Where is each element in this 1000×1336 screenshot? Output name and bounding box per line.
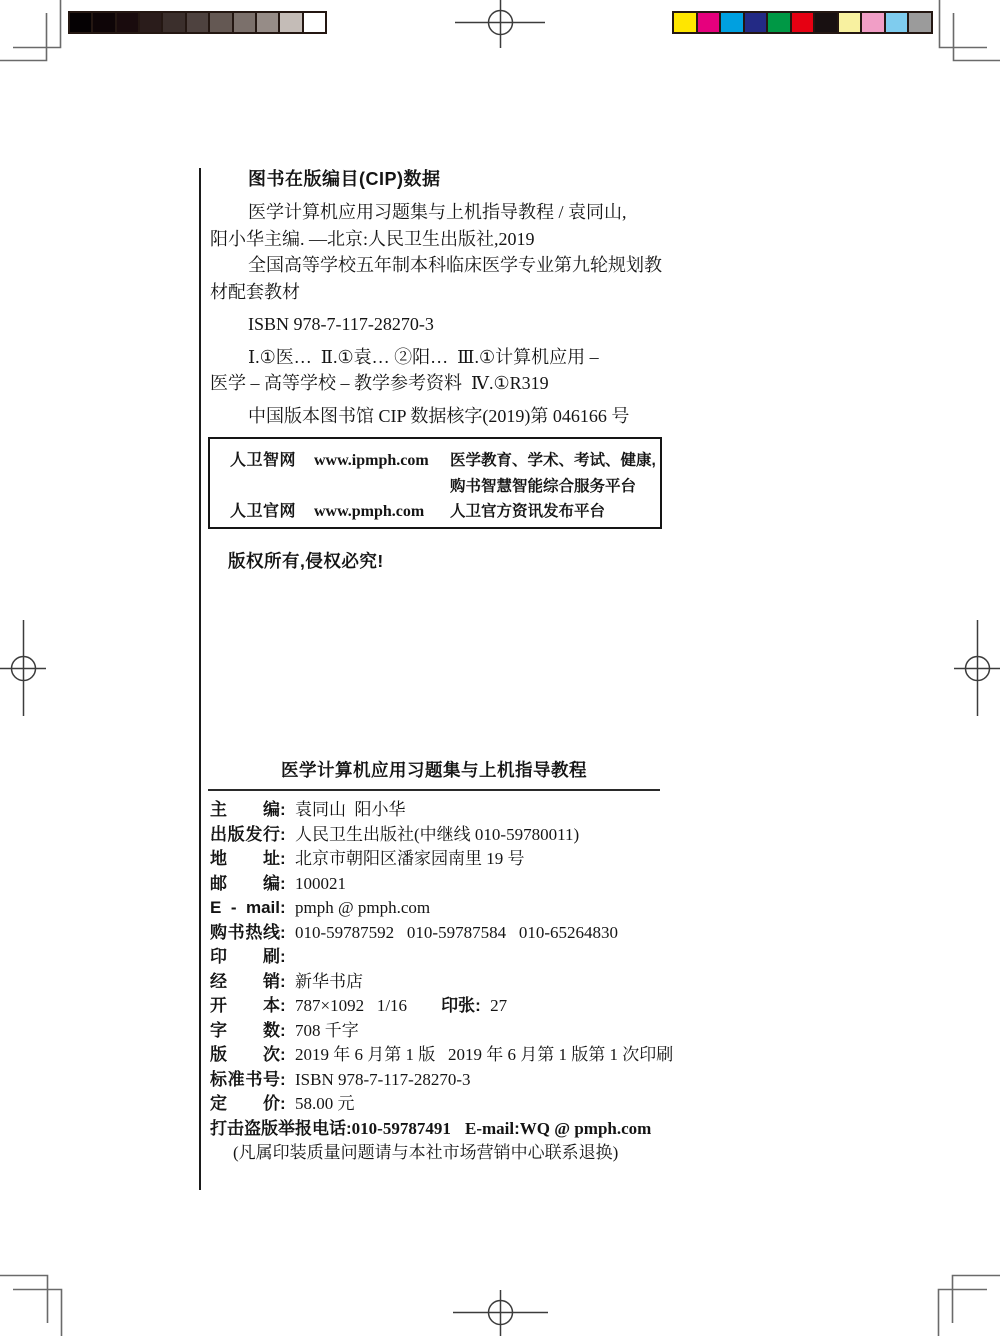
- cip-line: 全国高等学校五年制本科临床医学专业第九轮规划教: [210, 252, 675, 279]
- cip-line: Ⅰ.①医… Ⅱ.①袁… ②阳… Ⅲ.①计算机应用 –: [210, 344, 675, 371]
- colophon-details: 主编:袁同山 阳小华出版发行:人民卫生出版社(中继线 010-59780011)…: [210, 798, 680, 1166]
- detail-colon: :: [280, 1092, 295, 1117]
- detail-value: 2019 年 6 月第 1 版 2019 年 6 月第 1 版第 1 次印刷: [295, 1045, 673, 1064]
- detail-colon: :: [280, 798, 295, 823]
- detail-label: 购书热线: [210, 921, 280, 946]
- grayscale-swatch: [210, 13, 231, 32]
- detail-label: 版次: [210, 1043, 280, 1068]
- detail-row: 出版发行:人民卫生出版社(中继线 010-59780011): [210, 823, 680, 848]
- detail-row: 字数:708 千字: [210, 1019, 680, 1044]
- detail-value: 北京市朝阳区潘家园南里 19 号: [295, 849, 525, 868]
- book-title: 医学计算机应用习题集与上机指导教程: [208, 757, 660, 782]
- publisher-site-desc: 人卫官方资讯发布平台: [450, 499, 660, 525]
- detail-row: 开本:787×1092 1/16印张:27: [210, 994, 680, 1019]
- grayscale-swatch: [187, 13, 208, 32]
- piracy-email-label: E-mail: [465, 1119, 514, 1138]
- detail-label: 印张: [441, 996, 475, 1015]
- color-swatch: [792, 13, 814, 32]
- detail-label: 地址: [210, 847, 280, 872]
- info-box-row: 购书智慧智能综合服务平台: [210, 474, 660, 500]
- detail-colon: :: [280, 1019, 295, 1044]
- detail-label: 定价: [210, 1092, 280, 1117]
- detail-row: 购书热线:010-59787592 010-59787584 010-65264…: [210, 921, 680, 946]
- grayscale-swatch: [117, 13, 138, 32]
- cip-line: 阳小华主编. —北京:人民卫生出版社,2019: [210, 226, 675, 253]
- title-rule: [208, 789, 660, 791]
- detail-colon: :: [280, 1068, 295, 1093]
- copyright-page: 图书在版编目(CIP)数据 医学计算机应用习题集与上机指导教程 / 袁同山,阳小…: [0, 0, 1000, 1336]
- detail-label: 标准书号: [210, 1068, 280, 1093]
- detail-row: 印刷:: [210, 945, 680, 970]
- publisher-site-url: [314, 474, 450, 500]
- detail-label: 出版发行: [210, 823, 280, 848]
- detail-value: 010-59787592 010-59787584 010-65264830: [295, 923, 618, 942]
- crop-mark-top-right: [954, 13, 1000, 61]
- crop-mark-top-left: [0, 13, 47, 61]
- detail-label: 字数: [210, 1019, 280, 1044]
- registration-mark-right-middle: [954, 620, 1000, 716]
- cip-line: ISBN 978-7-117-28270-3: [210, 311, 675, 338]
- piracy-phone: 010-59787491: [352, 1119, 451, 1138]
- detail-row: E - mail:pmph @ pmph.com: [210, 896, 680, 921]
- detail-value: 27: [490, 996, 507, 1015]
- info-box-row: 人卫智网www.ipmph.com医学教育、学术、考试、健康,: [210, 448, 660, 474]
- crop-mark-bottom-right: [939, 1290, 988, 1336]
- content-left-rule: [199, 168, 201, 1190]
- registration-circle-left-middle: [12, 657, 36, 681]
- cip-lines: 医学计算机应用习题集与上机指导教程 / 袁同山,阳小华主编. —北京:人民卫生出…: [210, 199, 675, 429]
- piracy-line: 打击盗版举报电话:010-59787491 E-mail:WQ @ pmph.c…: [210, 1117, 680, 1142]
- grayscale-swatch: [93, 13, 114, 32]
- publisher-site-name: 人卫智网: [230, 448, 314, 474]
- piracy-label: 打击盗版举报电话: [210, 1119, 346, 1138]
- crop-mark-top-left: [13, 0, 61, 48]
- color-swatch: [815, 13, 837, 32]
- publisher-site-url: www.pmph.com: [314, 499, 450, 525]
- detail-row: 定价:58.00 元: [210, 1092, 680, 1117]
- detail-row: 地址:北京市朝阳区潘家园南里 19 号: [210, 847, 680, 872]
- cip-line: 医学计算机应用习题集与上机指导教程 / 袁同山,: [210, 199, 675, 226]
- detail-colon: :: [280, 896, 295, 921]
- grayscale-swatch: [234, 13, 255, 32]
- color-swatch: [909, 13, 931, 32]
- color-swatch: [886, 13, 908, 32]
- detail-row: 主编:袁同山 阳小华: [210, 798, 680, 823]
- detail-colon: :: [280, 847, 295, 872]
- detail-label: 经销: [210, 970, 280, 995]
- crop-mark-bottom-left: [13, 1290, 62, 1336]
- detail-value: 人民卫生出版社(中继线 010-59780011): [295, 825, 579, 844]
- color-swatch: [698, 13, 720, 32]
- crop-mark-bottom-right: [953, 1276, 1000, 1324]
- color-swatch: [721, 13, 743, 32]
- detail-value: 100021: [295, 874, 346, 893]
- detail-label: 主编: [210, 798, 280, 823]
- detail-colon: :: [280, 823, 295, 848]
- publisher-site-desc: 医学教育、学术、考试、健康,: [450, 448, 660, 474]
- detail-value: 787×1092 1/16: [295, 996, 407, 1015]
- detail-label: 邮编: [210, 872, 280, 897]
- cip-line: 材配套教材: [210, 279, 675, 306]
- registration-mark-top-center: [455, 0, 545, 48]
- info-box-row: 人卫官网www.pmph.com人卫官方资讯发布平台: [210, 499, 660, 525]
- grayscale-swatch: [70, 13, 91, 32]
- color-swatch: [862, 13, 884, 32]
- grayscale-swatch: [257, 13, 278, 32]
- detail-label: 开本: [210, 994, 280, 1019]
- grayscale-swatch: [304, 13, 325, 32]
- color-swatch: [674, 13, 696, 32]
- color-swatch: [745, 13, 767, 32]
- detail-label: 印刷: [210, 945, 280, 970]
- registration-circle-right-middle: [966, 657, 990, 681]
- details-rows: 主编:袁同山 阳小华出版发行:人民卫生出版社(中继线 010-59780011)…: [210, 798, 680, 1117]
- detail-row: 版次:2019 年 6 月第 1 版 2019 年 6 月第 1 版第 1 次印…: [210, 1043, 680, 1068]
- copyright-notice: 版权所有,侵权必究!: [228, 548, 384, 573]
- registration-circle-bottom-center: [489, 1301, 513, 1325]
- detail-colon: :: [280, 970, 295, 995]
- publisher-site-url: www.ipmph.com: [314, 448, 450, 474]
- detail-value: 新华书店: [295, 972, 363, 991]
- color-calibration-bar: [672, 11, 933, 34]
- cip-line: 中国版本图书馆 CIP 数据核字(2019)第 046166 号: [210, 403, 675, 430]
- detail-colon: :: [280, 1043, 295, 1068]
- crop-mark-bottom-left: [0, 1276, 48, 1324]
- crop-mark-top-right: [940, 0, 988, 48]
- registration-mark-left-middle: [0, 620, 46, 716]
- color-swatch: [768, 13, 790, 32]
- piracy-email: WQ @ pmph.com: [520, 1119, 652, 1138]
- return-note: (凡属印装质量问题请与本社市场营销中心联系退换): [210, 1141, 680, 1166]
- detail-value: 708 千字: [295, 1021, 359, 1040]
- publisher-info-box: 人卫智网www.ipmph.com医学教育、学术、考试、健康,购书智慧智能综合服…: [208, 437, 662, 529]
- cip-heading: 图书在版编目(CIP)数据: [210, 166, 675, 193]
- color-swatch: [839, 13, 861, 32]
- cip-block: 图书在版编目(CIP)数据 医学计算机应用习题集与上机指导教程 / 袁同山,阳小…: [210, 166, 675, 429]
- detail-colon: :: [280, 994, 295, 1019]
- detail-row: 经销:新华书店: [210, 970, 680, 995]
- grayscale-swatch: [280, 13, 301, 32]
- registration-circle-top-center: [489, 11, 513, 35]
- publisher-site-name: [230, 474, 314, 500]
- detail-label: E - mail: [210, 896, 280, 921]
- detail-colon: :: [280, 921, 295, 946]
- detail-colon: :: [475, 994, 490, 1019]
- detail-colon: :: [280, 945, 295, 970]
- cip-line: 医学 – 高等学校 – 教学参考资料 Ⅳ.①R319: [210, 370, 675, 397]
- detail-row: 标准书号:ISBN 978-7-117-28270-3: [210, 1068, 680, 1093]
- grayscale-swatch: [140, 13, 161, 32]
- grayscale-calibration-bar: [68, 11, 327, 34]
- registration-mark-bottom-center: [453, 1290, 548, 1336]
- detail-value: pmph @ pmph.com: [295, 898, 430, 917]
- grayscale-swatch: [163, 13, 184, 32]
- detail-row: 邮编:100021: [210, 872, 680, 897]
- detail-value: 袁同山 阳小华: [295, 800, 406, 819]
- detail-colon: :: [280, 872, 295, 897]
- publisher-site-name: 人卫官网: [230, 499, 314, 525]
- detail-value: ISBN 978-7-117-28270-3: [295, 1070, 471, 1089]
- detail-value: 58.00 元: [295, 1094, 355, 1113]
- publisher-site-desc: 购书智慧智能综合服务平台: [450, 474, 660, 500]
